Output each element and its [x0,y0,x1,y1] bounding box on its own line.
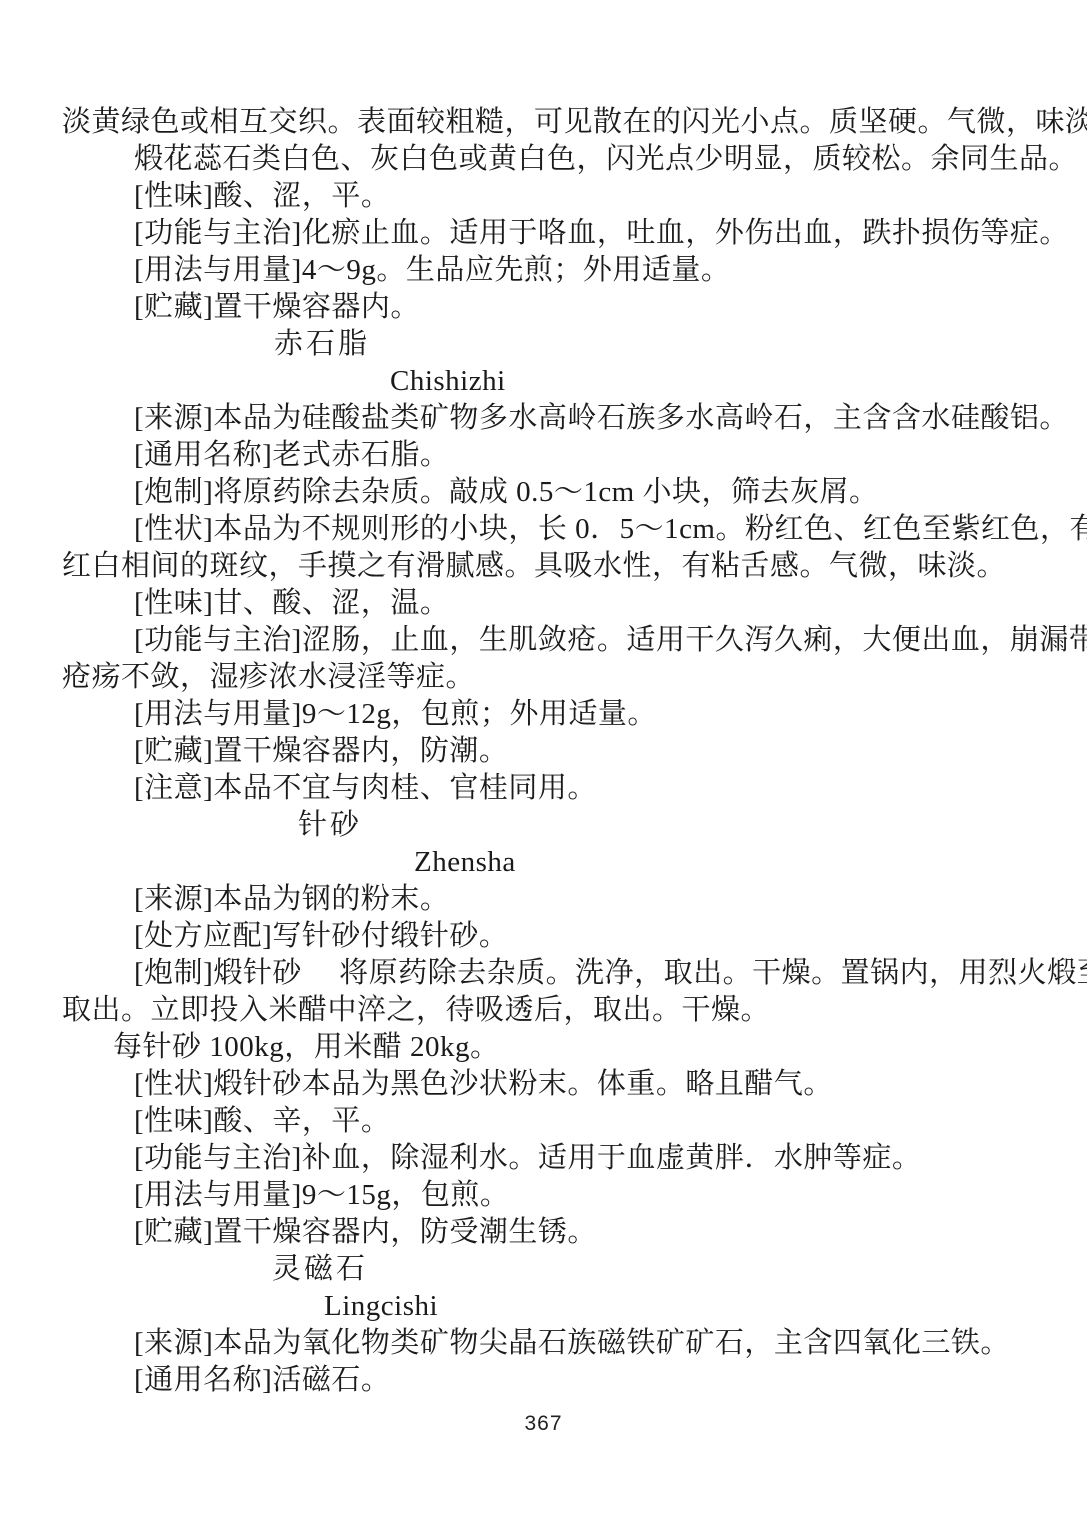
field-yongfa-yongliang: [用法与用量]9～15g，包煎。 [62,1177,1029,1214]
field-xingwei: [性味]酸、涩，平。 [62,178,1029,215]
field-laiyuan: [来源]本品为氧化物类矿物尖晶石族磁铁矿矿石，主含四氧化三铁。 [62,1325,1029,1362]
field-xingwei: [性味]甘、酸、涩，温。 [62,585,1029,622]
field-zhuyi: [注意]本品不宜与肉桂、官桂同用。 [62,770,1029,807]
field-gongneng-zhuzhi: [功能与主治]涩肠，止血，生肌敛疮。适用干久泻久痢，大便出血，崩漏带下， [62,622,1029,659]
page-number: 367 [0,1412,1087,1436]
body-line-continuation: 疮疡不敛，湿疹浓水浸淫等症。 [62,659,1029,696]
field-yongfa-yongliang: [用法与用量]4～9g。生品应先煎；外用适量。 [62,252,1029,289]
dosage-ratio-note: 每针砂 100kg，用米醋 20kg。 [62,1029,1029,1066]
book-page: 淡黄绿色或相互交织。表面较粗糙，可见散在的闪光小点。质坚硬。气微，味淡。 煅花蕊… [0,0,1087,1536]
field-zhucang: [贮藏]置干燥容器内。 [62,289,1029,326]
field-paozhi: [炮制]将原药除去杂质。敲成 0.5～1cm 小块，筛去灰屑。 [62,474,1029,511]
field-xingzhuang: [性状]煅针砂本品为黑色沙状粉末。体重。略且醋气。 [62,1066,1029,1103]
body-line-continuation: 红白相间的斑纹，手摸之有滑腻感。具吸水性，有粘舌感。气微，味淡。 [62,548,1029,585]
entry-pinyin-chishizhi: Chishizhi [62,363,1029,400]
body-line-continuation: 取出。立即投入米醋中淬之，待吸透后，取出。干燥。 [62,992,1029,1029]
entry-pinyin-zhensha: Zhensha [62,844,1029,881]
body-line: 煅花蕊石类白色、灰白色或黄白色，闪光点少明显，质较松。余同生品。 [62,141,1029,178]
entry-title-zhensha: 针砂 [62,807,1029,844]
entry-title-chishizhi: 赤石脂 [62,326,1029,363]
field-zhucang: [贮藏]置干燥容器内，防受潮生锈。 [62,1214,1029,1251]
field-zhucang: [贮藏]置干燥容器内，防潮。 [62,733,1029,770]
field-tongyong-mingcheng: [通用名称]活磁石。 [62,1362,1029,1399]
field-yongfa-yongliang: [用法与用量]9～12g，包煎；外用适量。 [62,696,1029,733]
field-tongyong-mingcheng: [通用名称]老式赤石脂。 [62,437,1029,474]
entry-title-lingcishi: 灵磁石 [62,1251,1029,1288]
body-line-continuation: 淡黄绿色或相互交织。表面较粗糙，可见散在的闪光小点。质坚硬。气微，味淡。 [62,104,1029,141]
field-xingzhuang: [性状]本品为不规则形的小块，长 0．5～1cm。粉红色、红色至紫红色，有的具 [62,511,1029,548]
field-xingwei: [性味]酸、辛，平。 [62,1103,1029,1140]
field-paozhi: [炮制]煅针砂 将原药除去杂质。洗净，取出。干燥。置锅内，用烈火煅至红透， [62,955,1029,992]
field-laiyuan: [来源]本品为硅酸盐类矿物多水高岭石族多水高岭石，主含含水硅酸铝。 [62,400,1029,437]
field-chufang-yingpei: [处方应配]写针砂付缎针砂。 [62,918,1029,955]
entry-pinyin-lingcishi: Lingcishi [62,1288,1029,1325]
field-gongneng-zhuzhi: [功能与主治]化瘀止血。适用于咯血，吐血，外伤出血，跌扑损伤等症。 [62,215,1029,252]
field-laiyuan: [来源]本品为钢的粉末。 [62,881,1029,918]
field-gongneng-zhuzhi: [功能与主治]补血，除湿利水。适用于血虚黄胖．水肿等症。 [62,1140,1029,1177]
